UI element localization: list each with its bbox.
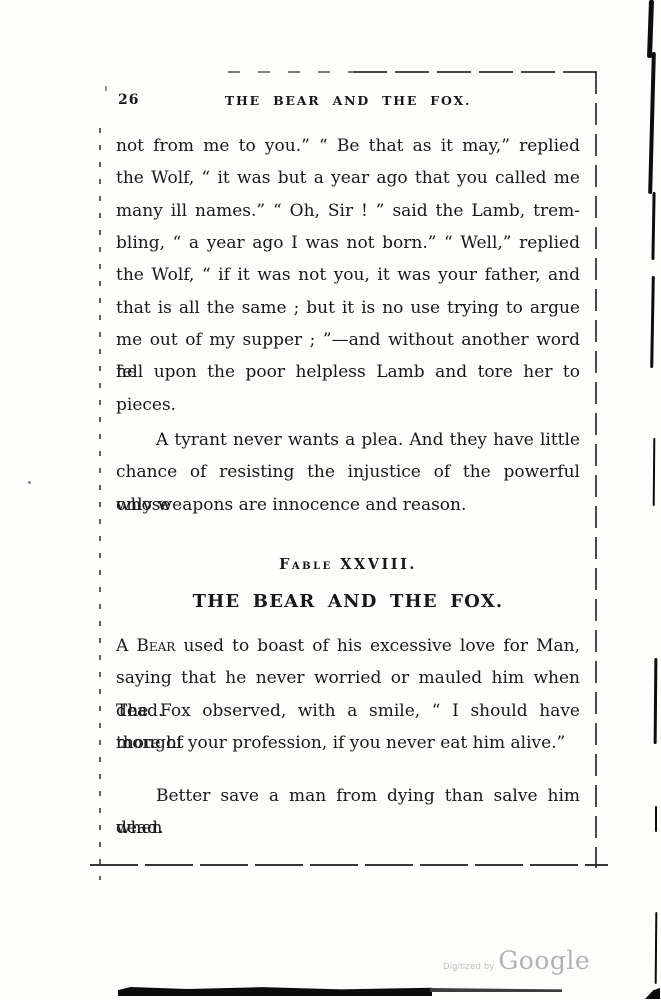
text-line: many ill names.” “ Oh, Sir ! ” said the … [116,195,580,227]
text-run: used to boast of his excessive love for … [175,636,580,656]
small-caps-word: Bear [136,636,175,656]
text-line: the Wolf, “ it was but a year ago that y… [116,162,580,194]
paragraph: not from me to you.” “ Be that as it may… [116,130,580,421]
scan-artifact [655,806,657,832]
text-line: the Wolf, “ if it was not you, it was yo… [116,259,580,291]
text-line: The Fox observed, with a smile, “ I shou… [116,695,580,727]
page-border-top [353,71,597,73]
scan-black-band-tail [430,988,562,992]
fable-number-heading: Fable XXVIII. [116,556,580,573]
page-border-top-sparse [228,71,353,73]
scan-artifact [654,658,658,744]
paragraph: A Bear used to boast of his excessive lo… [116,630,580,759]
page-border-left [99,128,101,880]
fable-body-text: A Bear used to boast of his excessive lo… [116,630,580,759]
running-title: THE BEAR AND THE FOX. [116,93,580,108]
scanned-book-page: 26 THE BEAR AND THE FOX. not from me to … [0,0,661,1000]
text-line: only weapons are innocence and reason. [116,489,580,521]
text-line: Better save a man from dying than salve … [116,780,580,812]
running-header: 26 THE BEAR AND THE FOX. [116,91,580,109]
scan-black-blob [645,988,660,999]
fable-continuation-text: not from me to you.” “ Be that as it may… [116,130,580,521]
scan-speck [105,86,107,91]
text-line: chance of resisting the injustice of the… [116,456,580,488]
scan-speck [28,481,31,484]
text-run: A [116,636,136,656]
scan-artifact [653,438,656,506]
scan-artifact [648,52,656,194]
text-line: A Bear used to boast of his excessive lo… [116,630,580,662]
fable-title: THE BEAR AND THE FOX. [116,591,580,612]
scan-artifact [647,0,654,58]
text-line: that is all the same ; but it is no use … [116,292,580,324]
text-line: me out of my supper ; ”—and without anot… [116,324,580,356]
digitization-watermark: Digitized by Google [443,948,603,984]
text-line: not from me to you.” “ Be that as it may… [116,130,580,162]
text-line: A tyrant never wants a plea. And they ha… [116,424,580,456]
text-line: dead. [116,812,580,844]
text-line: bling, “ a year ago I was not born.” “ W… [116,227,580,259]
scan-artifact [651,192,655,260]
fable-moral-text: Better save a man from dying than salve … [116,780,580,845]
google-logo: Google [498,948,590,973]
digitized-by-label: Digitized by [443,961,494,971]
text-line: saying that he never worried or mauled h… [116,662,580,694]
scan-black-band [118,987,432,996]
moral-paragraph: Better save a man from dying than salve … [116,780,580,845]
page-border-right [595,72,597,868]
text-line: more of your profession, if you never ea… [116,727,580,759]
moral-paragraph: A tyrant never wants a plea. And they ha… [116,424,580,521]
scan-artifact [650,276,654,368]
text-line: pieces. [116,389,580,421]
text-line: fell upon the poor helpless Lamb and tor… [116,356,580,388]
page-border-bottom [90,864,608,866]
scan-artifact [655,912,658,984]
